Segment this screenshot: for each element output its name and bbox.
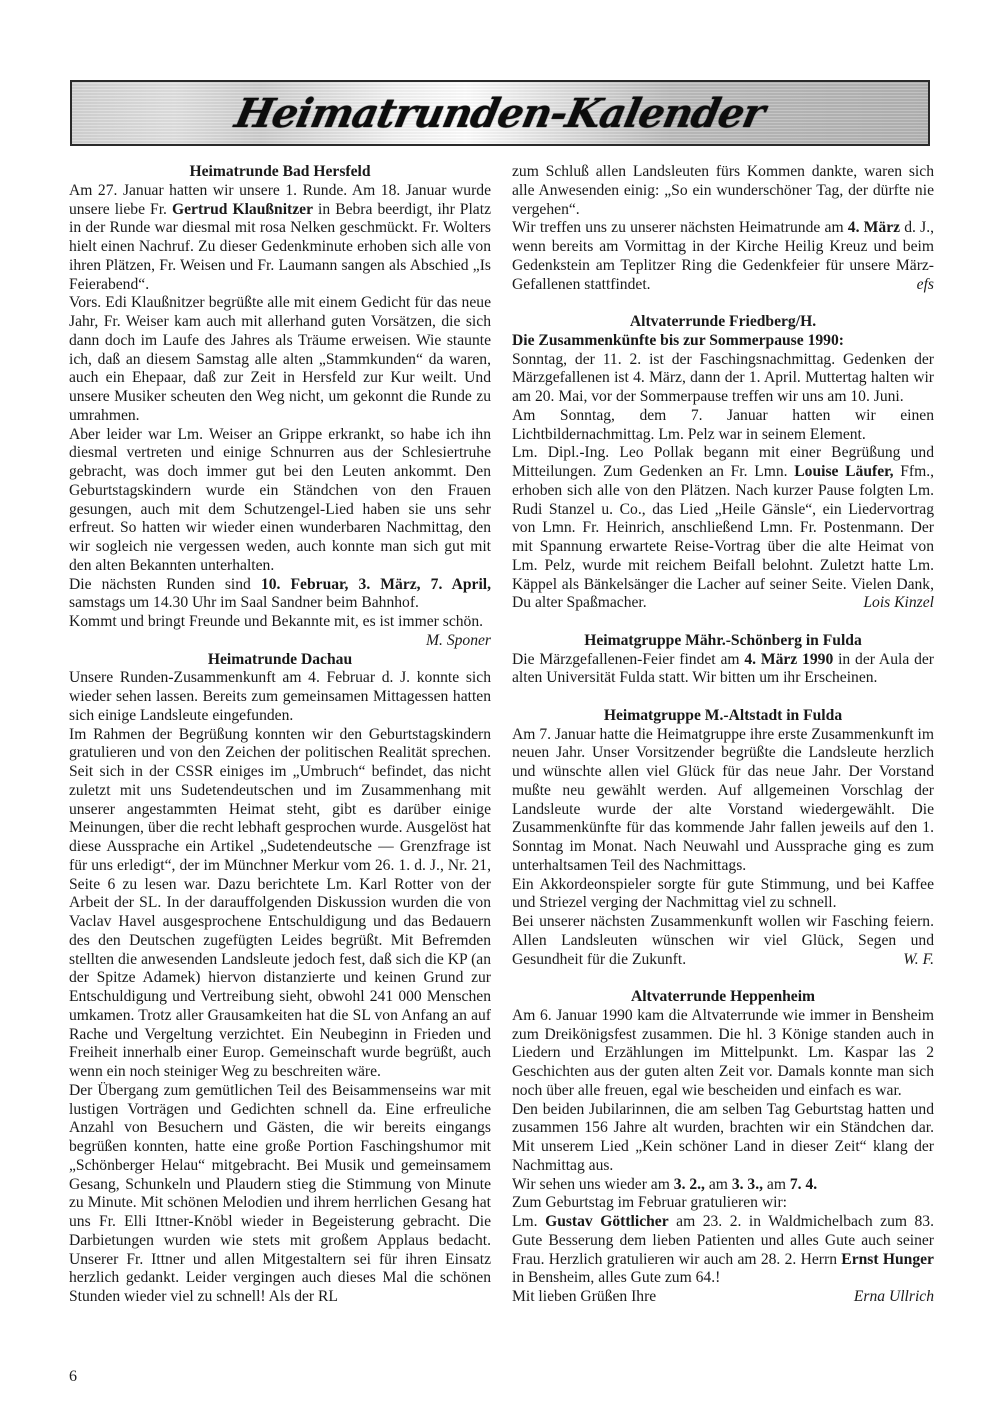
section-subheading: Die Zusammenkünfte bis zur Sommerpause 1…	[512, 332, 934, 351]
text: Bei unserer nächsten Zusammenkunft wolle…	[512, 913, 934, 968]
person-name: Gertrud Klaußnitzer	[172, 201, 313, 218]
text: Wir sehen uns wieder am	[512, 1176, 674, 1193]
paragraph: Mit lieben Grüßen IhreErna Ullrich	[512, 1288, 934, 1307]
paragraph: Am 6. Januar 1990 kam die Altvaterrunde …	[512, 1007, 934, 1101]
paragraph: Bei unserer nächsten Zusammenkunft wolle…	[512, 913, 934, 969]
section-heading: Heimatgruppe Mähr.-Schönberg in Fulda	[512, 632, 934, 651]
text: Die nächsten Runden sind	[69, 576, 261, 593]
signature: efs	[917, 276, 934, 295]
text: am	[763, 1176, 790, 1193]
date: 7. 4.	[790, 1176, 817, 1193]
paragraph: Lm. Dipl.-Ing. Leo Pollak begann mit ein…	[512, 444, 934, 613]
right-column: zum Schluß allen Landsleuten fürs Kommen…	[512, 163, 934, 1307]
paragraph: Wir treffen uns zu unserer nächsten Heim…	[512, 219, 934, 294]
paragraph: zum Schluß allen Landsleuten fürs Kommen…	[512, 163, 934, 219]
section-dachau: Heimatrunde Dachau Unsere Runden-Zusamme…	[69, 651, 491, 1307]
text: Wir treffen uns zu unserer nächsten Heim…	[512, 219, 848, 236]
page-number: 6	[69, 1368, 77, 1386]
date: 3. 3.,	[732, 1176, 763, 1193]
text: in Bensheim, alles Gute zum 64.!	[512, 1269, 720, 1286]
date: 3. 2.,	[674, 1176, 705, 1193]
paragraph: Am 27. Januar hatten wir unsere 1. Runde…	[69, 182, 491, 295]
section-dachau-continued: zum Schluß allen Landsleuten fürs Kommen…	[512, 163, 934, 294]
paragraph: Wir sehen uns wieder am 3. 2., am 3. 3.,…	[512, 1176, 934, 1195]
date: 4. März 1990	[744, 651, 833, 668]
person-name: Louise Läufer,	[794, 463, 893, 480]
section-heading: Heimatrunde Dachau	[69, 651, 491, 670]
text: Ffm., erhoben sich alle von den Plätzen.…	[512, 463, 934, 611]
paragraph: Sonntag, der 11. 2. ist der Faschingsnac…	[512, 351, 934, 407]
paragraph: Die nächsten Runden sind 10. Februar, 3.…	[69, 576, 491, 614]
paragraph: Am 7. Januar hatte die Heimatgruppe ihre…	[512, 726, 934, 876]
paragraph: Zum Geburtstag im Februar gratulieren wi…	[512, 1194, 934, 1213]
dates: 10. Februar, 3. März, 7. April,	[261, 576, 491, 593]
signature: W. F.	[903, 951, 934, 970]
section-heading: Altvaterrunde Friedberg/H.	[512, 313, 934, 332]
section-heppenheim: Altvaterrunde Heppenheim Am 6. Januar 19…	[512, 988, 934, 1307]
section-bad-hersfeld: Heimatrunde Bad Hersfeld Am 27. Januar h…	[69, 163, 491, 632]
text: Die Märzgefallenen-Feier findet am	[512, 651, 744, 668]
signature: M. Sponer	[426, 632, 491, 651]
paragraph: Die Märzgefallenen-Feier findet am 4. Mä…	[512, 651, 934, 689]
text: Kommt und bringt Freunde und Bekannte mi…	[69, 613, 483, 630]
paragraph: Der Übergang zum gemütlichen Teil des Be…	[69, 1082, 491, 1307]
date: 4. März	[848, 219, 900, 236]
section-friedberg: Altvaterrunde Friedberg/H. Die Zusammenk…	[512, 313, 934, 613]
paragraph: Ein Akkordeonspieler sorgte für gute Sti…	[512, 876, 934, 914]
paragraph: Lm. Gustav Göttlicher am 23. 2. in Waldm…	[512, 1213, 934, 1288]
text: Lm.	[512, 1213, 545, 1230]
left-column: Heimatrunde Bad Hersfeld Am 27. Januar h…	[69, 163, 491, 1307]
page-banner: Heimatrunden-Kalender	[70, 80, 930, 146]
paragraph: Am Sonntag, dem 7. Januar hatten wir ein…	[512, 407, 934, 445]
signature: Erna Ullrich	[854, 1288, 934, 1307]
paragraph: Kommt und bringt Freunde und Bekannte mi…	[69, 613, 491, 632]
paragraph: Vors. Edi Klaußnitzer begrüßte alle mit …	[69, 294, 491, 425]
section-heading: Altvaterrunde Heppenheim	[512, 988, 934, 1007]
text: samstags um 14.30 Uhr im Saal Sandner be…	[69, 594, 419, 611]
person-name: Gustav Göttlicher	[545, 1213, 669, 1230]
section-heading: Heimatgruppe M.-Altstadt in Fulda	[512, 707, 934, 726]
section-m-altstadt: Heimatgruppe M.-Altstadt in Fulda Am 7. …	[512, 707, 934, 970]
paragraph: Unsere Runden-Zusammenkunft am 4. Februa…	[69, 669, 491, 725]
paragraph: Den beiden Jubilarinnen, die am selben T…	[512, 1101, 934, 1176]
signature: Lois Kinzel	[863, 594, 934, 613]
banner-title: Heimatrunden-Kalender	[231, 90, 768, 137]
person-name: Ernst Hunger	[841, 1251, 934, 1268]
section-maehr-schoenberg: Heimatgruppe Mähr.-Schönberg in Fulda Di…	[512, 632, 934, 688]
paragraph: Im Rahmen der Begrüßung konnten wir den …	[69, 726, 491, 1082]
text: am	[705, 1176, 732, 1193]
text: Mit lieben Grüßen Ihre	[512, 1288, 656, 1305]
paragraph: Aber leider war Lm. Weiser an Grippe erk…	[69, 426, 491, 576]
section-heading: Heimatrunde Bad Hersfeld	[69, 163, 491, 182]
